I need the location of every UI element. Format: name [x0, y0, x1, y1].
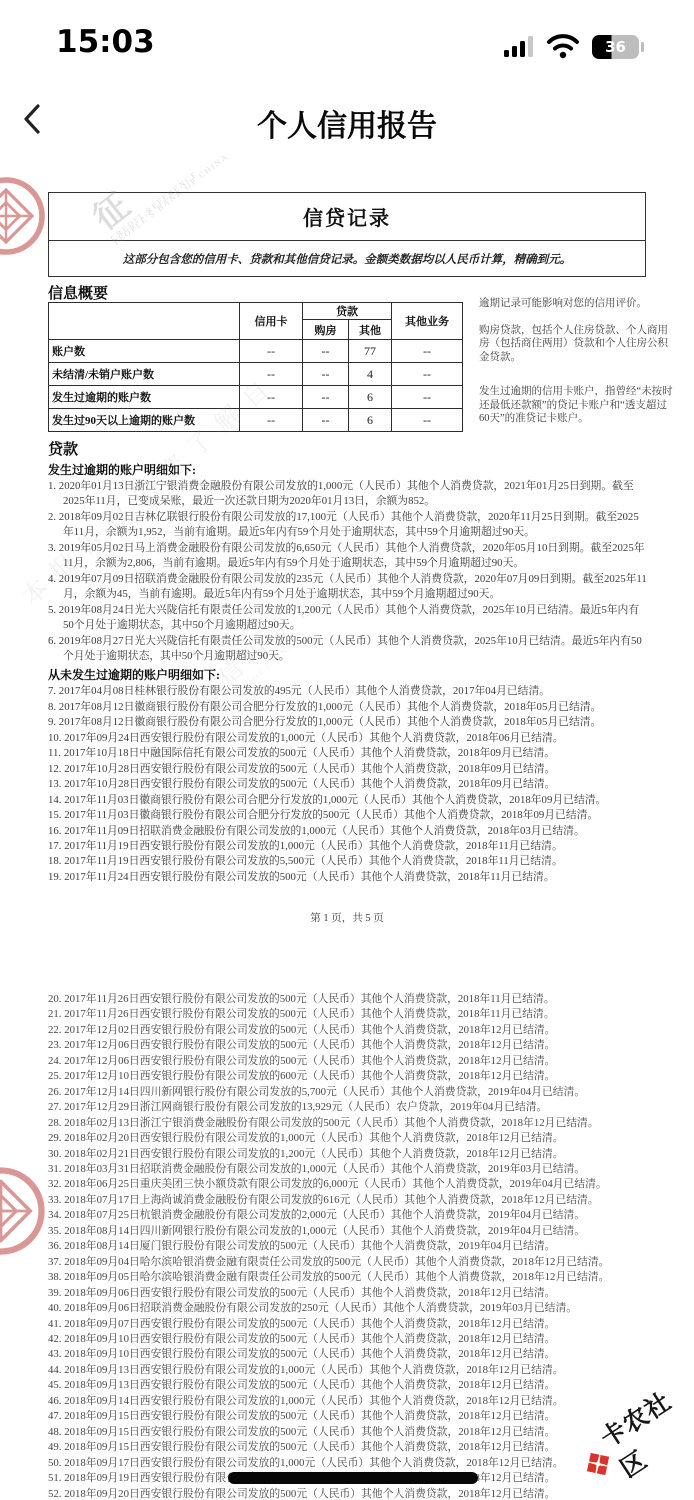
summary-table: 信用卡 贷款 其他业务 购房 其他 账户数 -- -- 77 -- 未结清/未销…	[48, 302, 463, 432]
credit-seal-icon	[0, 176, 46, 256]
loan-item: 40. 2018年09月06日招联消费金融股份有限公司发放的250元（人民币）其…	[48, 1301, 666, 1316]
cell-loan-other: 6	[349, 386, 392, 409]
col-loan: 贷款	[303, 303, 392, 320]
loan-item: 47. 2018年09月15日西安银行股份有限公司发放的500元（人民币）其他个…	[48, 1409, 666, 1424]
page-title: 个人信用报告	[0, 101, 694, 145]
loan-item: 44. 2018年09月13日西安银行股份有限公司发放的1,000元（人民币）其…	[48, 1363, 666, 1378]
loan-item: 32. 2018年06月25日重庆美团三快小额贷款有限公司发放的6,000元（人…	[48, 1177, 666, 1192]
col-loan-other: 其他	[349, 320, 392, 340]
cell-credit-card: --	[240, 363, 303, 386]
page-footer: 第 1 页，共 5 页	[0, 910, 694, 925]
loan-item: 46. 2018年09月14日西安银行股份有限公司发放的1,000元（人民币）其…	[48, 1394, 666, 1409]
overdue-items: 1. 2020年01月13日浙江宁银消费金融股份有限公司发放的1,000元（人民…	[48, 479, 648, 664]
cell-loan-house: --	[303, 386, 349, 409]
loan-item: 52. 2018年09月20日西安银行股份有限公司发放的500元（人民币）其他个…	[48, 1487, 666, 1500]
loan-item: 26. 2017年12月14日四川新网银行股份有限公司发放的5,700元（人民币…	[48, 1085, 666, 1100]
cell-loan-other: 77	[349, 340, 392, 363]
row-label: 发生过逾期的账户数	[49, 386, 240, 409]
cell-other-biz: --	[392, 363, 463, 386]
cell-loan-other: 6	[349, 409, 392, 432]
loan-item: 10. 2017年09月24日西安银行股份有限公司发放的1,000元（人民币）其…	[48, 731, 648, 746]
col-credit-card: 信用卡	[240, 303, 303, 340]
row-label: 发生过90天以上逾期的账户数	[49, 409, 240, 432]
loan-item: 21. 2017年11月26日西安银行股份有限公司发放的500元（人民币）其他个…	[48, 1007, 666, 1022]
col-other-biz: 其他业务	[392, 303, 463, 340]
table-row: 发生过逾期的账户数 -- -- 6 --	[49, 386, 463, 409]
loan-item: 16. 2017年11月09日招联消费金融股份有限公司发放的1,000元（人民币…	[48, 824, 648, 839]
loan-item: 12. 2017年10月28日西安银行股份有限公司发放的500元（人民币）其他个…	[48, 762, 648, 777]
never-overdue-items-page1: 7. 2017年04月08日桂林银行股份有限公司发放的495元（人民币）其他个人…	[48, 684, 648, 885]
table-row: 发生过90天以上逾期的账户数 -- -- 6 --	[49, 409, 463, 432]
wifi-icon	[546, 33, 580, 64]
loan-item: 35. 2018年08月14日四川新网银行股份有限公司发放的1,000元（人民币…	[48, 1224, 666, 1239]
row-label: 未结清/未销户账户数	[49, 363, 240, 386]
loan-item: 43. 2018年09月10日西安银行股份有限公司发放的500元（人民币）其他个…	[48, 1347, 666, 1362]
loan-item: 38. 2018年09月05日哈尔滨哈银消费金融有限责任公司发放的500元（人民…	[48, 1270, 666, 1285]
loans-section: 贷款 发生过逾期的账户明细如下: 1. 2020年01月13日浙江宁银消费金融股…	[48, 441, 648, 885]
loan-item: 36. 2018年08月14日厦门银行股份有限公司发放的500元（人民币）其他个…	[48, 1239, 666, 1254]
never-overdue-items-page2: 20. 2017年11月26日西安银行股份有限公司发放的500元（人民币）其他个…	[48, 992, 666, 1500]
table-corner-cell	[49, 303, 240, 340]
loan-item: 34. 2018年07月25日杭银消费金融股份有限公司发放的2,000元（人民币…	[48, 1208, 666, 1223]
cell-other-biz: --	[392, 340, 463, 363]
cell-loan-other: 4	[349, 363, 392, 386]
battery-nub	[641, 42, 644, 52]
loan-item: 9. 2017年08月12日徽商银行股份有限公司合肥分行发放的1,000元（人民…	[48, 715, 648, 730]
loan-item: 42. 2018年09月10日西安银行股份有限公司发放的500元（人民币）其他个…	[48, 1332, 666, 1347]
loan-item: 15. 2017年11月03日徽商银行股份有限公司合肥分行发放的500元（人民币…	[48, 808, 648, 823]
loan-item: 28. 2018年02月13日浙江宁银消费金融股份有限公司发放的500元（人民币…	[48, 1116, 666, 1131]
loan-item: 27. 2017年12月29日浙江网商银行股份有限公司发放的13,929元（人民…	[48, 1100, 666, 1115]
row-label: 账户数	[49, 340, 240, 363]
status-time: 15:03	[56, 24, 155, 60]
table-row: 账户数 -- -- 77 --	[49, 340, 463, 363]
never-overdue-heading: 从未发生过逾期的账户明细如下:	[48, 667, 648, 684]
loan-item: 5. 2019年08月24日光大兴陇信托有限责任公司发放的1,200元（人民币）…	[48, 603, 648, 634]
signal-icon	[504, 36, 533, 57]
cell-credit-card: --	[240, 409, 303, 432]
col-loan-house: 购房	[303, 320, 349, 340]
loan-item: 17. 2017年11月19日西安银行股份有限公司发放的1,000元（人民币）其…	[48, 839, 648, 854]
note: 购房贷款，包括个人住房贷款、个人商用房（包括商住两用）贷款和个人住房公积金贷款。	[479, 324, 675, 365]
loans-heading: 贷款	[48, 441, 648, 459]
redaction-bar	[228, 1472, 478, 1484]
loan-item: 25. 2017年12月10日西安银行股份有限公司发放的600元（人民币）其他个…	[48, 1069, 666, 1084]
loan-item: 13. 2017年10月28日西安银行股份有限公司发放的500元（人民币）其他个…	[48, 777, 648, 792]
loan-item: 4. 2019年07月09日招联消费金融股份有限公司发放的235元（人民币）其他…	[48, 572, 648, 603]
summary-heading: 信息概要	[48, 282, 108, 303]
loan-item: 7. 2017年04月08日桂林银行股份有限公司发放的495元（人民币）其他个人…	[48, 684, 648, 699]
box-title: 信贷记录	[49, 193, 645, 241]
loan-item: 37. 2018年09月04日哈尔滨哈银消费金融有限责任公司发放的500元（人民…	[48, 1255, 666, 1270]
table-row: 未结清/未销户账户数 -- -- 4 --	[49, 363, 463, 386]
overdue-heading: 发生过逾期的账户明细如下:	[48, 462, 648, 479]
loan-item: 8. 2017年08月12日徽商银行股份有限公司合肥分行发放的1,000元（人民…	[48, 700, 648, 715]
box-subtitle: 这部分包含您的信用卡、贷款和其他信贷记录。金额类数据均以人民币计算，精确到元。	[49, 241, 645, 276]
cell-credit-card: --	[240, 340, 303, 363]
loan-item: 3. 2019年05月02日马上消费金融股份有限公司发放的6,650元（人民币）…	[48, 541, 648, 572]
loan-item: 18. 2017年11月19日西安银行股份有限公司发放的5,500元（人民币）其…	[48, 854, 648, 869]
credit-record-box: 信贷记录 这部分包含您的信用卡、贷款和其他信贷记录。金额类数据均以人民币计算，精…	[48, 192, 646, 277]
loan-item: 41. 2018年09月07日西安银行股份有限公司发放的500元（人民币）其他个…	[48, 1317, 666, 1332]
credit-seal-icon	[0, 1166, 46, 1256]
note: 发生过逾期的信用卡账户，指曾经“未按时还最低还款额”的贷记卡账户和“透支超过60…	[479, 385, 675, 426]
screen: { "status_bar": { "time": "15:03", "batt…	[0, 0, 694, 1500]
cell-credit-card: --	[240, 386, 303, 409]
loan-item: 14. 2017年11月03日徽商银行股份有限公司合肥分行发放的1,000元（人…	[48, 793, 648, 808]
battery-percent: 36	[605, 38, 626, 56]
loan-item: 19. 2017年11月24日西安银行股份有限公司发放的500元（人民币）其他个…	[48, 870, 648, 885]
summary-notes: 逾期记录可能影响对您的信用评价。 购房贷款，包括个人住房贷款、个人商用房（包括商…	[479, 297, 675, 439]
loan-item: 11. 2017年10月18日中融国际信托有限公司发放的500元（人民币）其他个…	[48, 746, 648, 761]
loan-item: 50. 2018年09月17日西安银行股份有限公司发放的1,000元（人民币）其…	[48, 1456, 666, 1471]
loan-item: 1. 2020年01月13日浙江宁银消费金融股份有限公司发放的1,000元（人民…	[48, 479, 648, 510]
cell-loan-house: --	[303, 340, 349, 363]
loan-item: 45. 2018年09月13日西安银行股份有限公司发放的500元（人民币）其他个…	[48, 1378, 666, 1393]
cell-loan-house: --	[303, 363, 349, 386]
cell-other-biz: --	[392, 386, 463, 409]
note: 逾期记录可能影响对您的信用评价。	[479, 297, 675, 311]
loan-item: 31. 2018年03月31日招联消费金融股份有限公司发放的1,000元（人民币…	[48, 1162, 666, 1177]
loan-item: 39. 2018年09月06日西安银行股份有限公司发放的500元（人民币）其他个…	[48, 1286, 666, 1301]
loan-item: 23. 2017年12月06日西安银行股份有限公司发放的500元（人民币）其他个…	[48, 1038, 666, 1053]
loan-item: 30. 2018年02月21日西安银行股份有限公司发放的1,200元（人民币）其…	[48, 1147, 666, 1162]
loan-item: 20. 2017年11月26日西安银行股份有限公司发放的500元（人民币）其他个…	[48, 992, 666, 1007]
cell-loan-house: --	[303, 409, 349, 432]
cell-other-biz: --	[392, 409, 463, 432]
loan-item: 33. 2018年07月17日上海尚诚消费金融股份有限公司发放的616元（人民币…	[48, 1193, 666, 1208]
loan-item: 24. 2017年12月06日西安银行股份有限公司发放的500元（人民币）其他个…	[48, 1054, 666, 1069]
battery-icon: 36	[592, 35, 639, 59]
loan-item: 29. 2018年02月20日西安银行股份有限公司发放的1,000元（人民币）其…	[48, 1131, 666, 1146]
loan-item: 22. 2017年12月02日西安银行股份有限公司发放的500元（人民币）其他个…	[48, 1023, 666, 1038]
loan-item: 6. 2019年08月27日光大兴陇信托有限责任公司发放的500元（人民币）其他…	[48, 634, 648, 665]
loan-item: 2. 2018年09月02日吉林亿联银行股份有限公司发放的17,100元（人民币…	[48, 510, 648, 541]
